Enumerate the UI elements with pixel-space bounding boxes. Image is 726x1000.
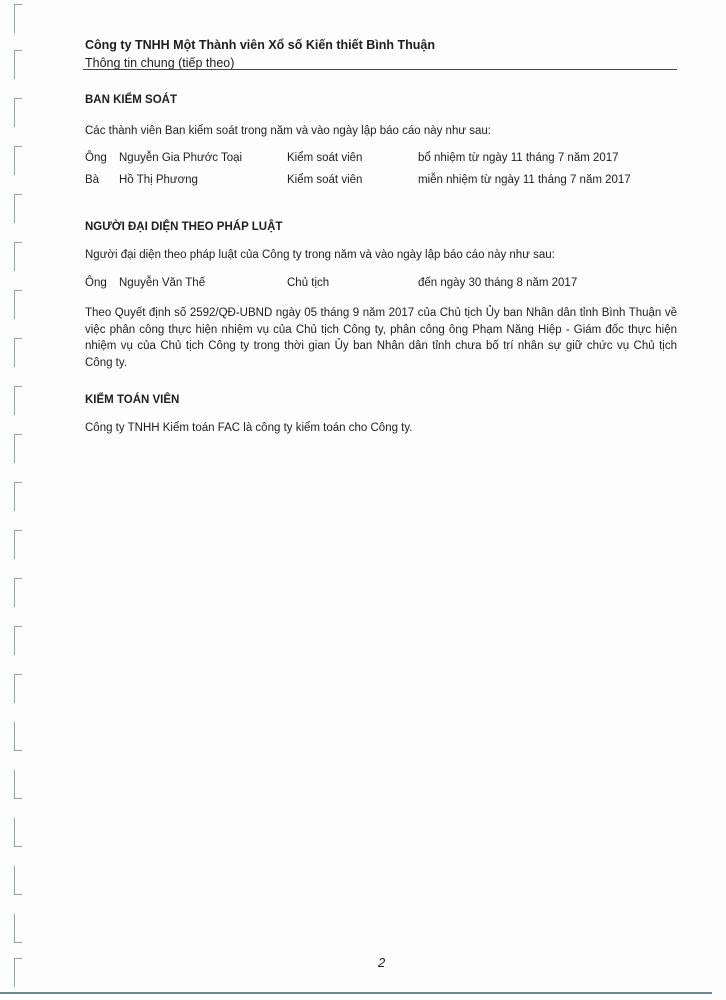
binding-mark [14,50,22,79]
member-name: Hồ Thị Phương [119,174,198,186]
member-note: bổ nhiệm từ ngày 11 tháng 7 năm 2017 [418,152,619,164]
representative-name: Nguyễn Văn Thế [119,277,205,289]
header-divider [83,69,677,70]
binding-mark [14,194,22,223]
binding-mark [14,98,22,127]
binding-mark [14,818,22,847]
page-subtitle: Thông tin chung (tiếp theo) [85,56,234,70]
binding-mark [14,242,22,271]
binding-mark [14,146,22,175]
auditor-text: Công ty TNHH Kiểm toán FAC là công ty ki… [85,422,412,434]
section-title-supervisory-board: BAN KIỂM SOÁT [85,94,177,106]
binding-mark [14,434,22,463]
member-row: Bà Hồ Thị Phương Kiểm soát viên miễn nhi… [85,174,685,190]
member-name: Nguyễn Gia Phước Toại [119,152,242,164]
supervisory-board-intro: Các thành viên Ban kiểm soát trong năm v… [85,125,491,137]
binding-mark [14,482,22,511]
binding-mark [14,578,22,607]
member-position: Kiểm soát viên [287,152,362,164]
member-position: Kiểm soát viên [287,174,362,186]
binding-mark [14,4,22,33]
binding-mark [14,338,22,367]
binding-mark [14,674,22,703]
member-row: Ông Nguyễn Gia Phước Toại Kiểm soát viên… [85,152,685,168]
representative-note: đến ngày 30 tháng 8 năm 2017 [418,277,577,289]
representative-row: Ông Nguyễn Văn Thế Chủ tịch đến ngày 30 … [85,277,685,293]
binding-mark [14,958,22,987]
binding-mark [14,914,22,943]
section-title-legal-representative: NGƯỜI ĐẠI DIỆN THEO PHÁP LUẬT [85,221,282,233]
binding-mark [14,386,22,415]
member-salutation: Bà [85,174,99,186]
legal-representative-intro: Người đại diện theo pháp luật của Công t… [85,249,555,261]
representative-salutation: Ông [85,277,107,289]
binding-mark [14,722,22,751]
binding-mark [14,530,22,559]
binding-mark [14,626,22,655]
member-note: miễn nhiệm từ ngày 11 tháng 7 năm 2017 [418,174,631,186]
section-title-auditor: KIỂM TOÁN VIÊN [85,394,179,406]
member-salutation: Ông [85,152,107,164]
page-bottom-edge [0,992,712,994]
binding-mark [14,866,22,895]
decision-note: Theo Quyết định số 2592/QĐ-UBND ngày 05 … [85,305,677,371]
binding-marks [8,0,28,1000]
binding-mark [14,770,22,799]
page-number: 2 [378,955,385,970]
company-name: Công ty TNHH Một Thành viên Xổ số Kiến t… [85,38,435,52]
binding-mark [14,290,22,319]
representative-position: Chủ tịch [287,277,329,289]
